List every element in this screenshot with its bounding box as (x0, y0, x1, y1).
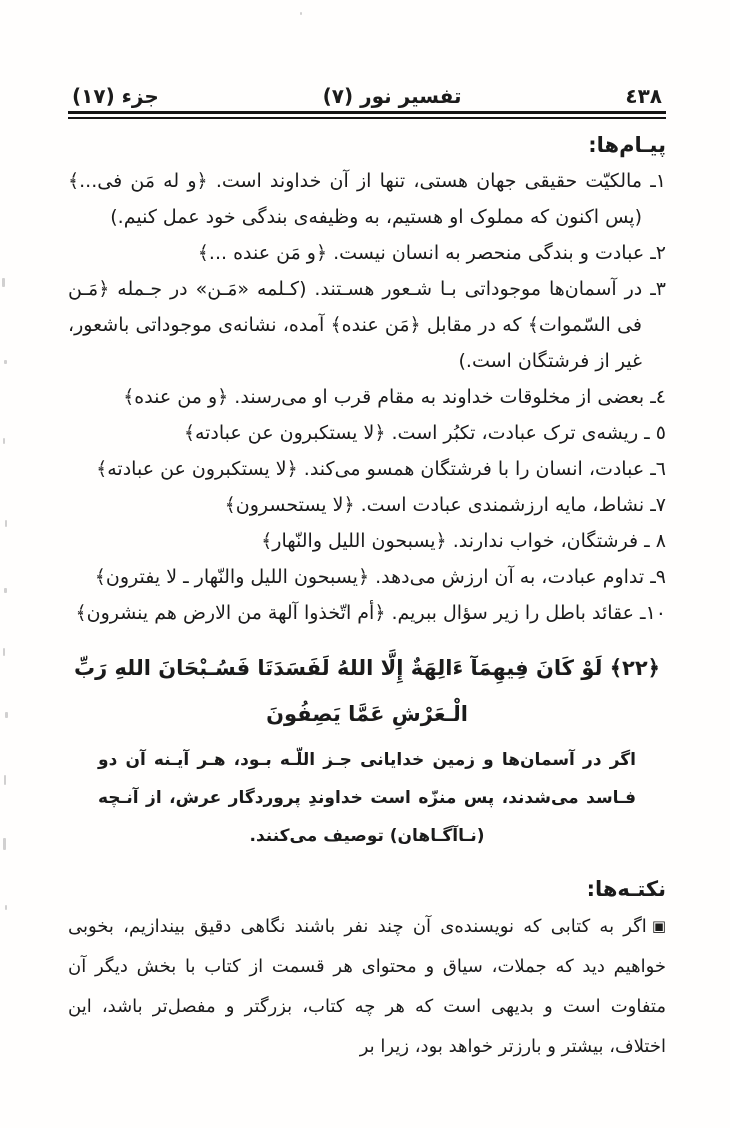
quran-verse: ﴿٢٢﴾ لَوْ کَانَ فِیهِمَآ ءَالِهَةٌ إِلَّ… (74, 645, 660, 737)
scan-speck (5, 520, 7, 527)
message-item: ٢ـ عبادت و بندگی منحصر به انسان نیست. ﴿و… (68, 235, 666, 271)
scan-speck (3, 438, 5, 444)
scan-speck (5, 905, 7, 910)
verse-translation: اگر در آسمان‌ها و زمین خدایانی جـز اللّـ… (98, 741, 636, 855)
message-item: ٤ـ بعضی از مخلوقات خداوند به مقام قرب او… (68, 379, 666, 415)
header-double-rule (68, 111, 666, 119)
notes-heading: نکتـه‌ها: (68, 877, 666, 901)
scan-speck (4, 360, 7, 364)
scanned-book-page: ٤٣٨ تفسیر نور (٧) جزء (١٧) پیـام‌ها: ١ـ … (0, 0, 730, 1128)
message-item: ٧ـ نشاط، مایه ارزشمندی عبادت است. ﴿لا یس… (68, 487, 666, 523)
scan-speck (3, 838, 6, 850)
header-book-title: تفسیر نور (٧) (323, 84, 462, 108)
note-item: ▣اگر به کتابی که نویسنده‌ی آن چند نفر با… (68, 907, 666, 1067)
scan-speck (4, 588, 7, 593)
message-item: ٥ ـ ریشه‌ی ترک عبادت، تکبُر است. ﴿لا یست… (68, 415, 666, 451)
scan-speck (2, 278, 5, 287)
page-header: ٤٣٨ تفسیر نور (٧) جزء (١٧) (68, 84, 666, 108)
message-item: ١ـ مالکیّت حقیقی جهان هستی، تنها از آن خ… (68, 163, 666, 235)
message-item: ١٠ـ عقائد باطل را زیر سؤال ببریم. ﴿أم ات… (68, 595, 666, 631)
message-item: ٨ ـ فرشتگان، خواب ندارند. ﴿یسبحون اللیل … (68, 523, 666, 559)
header-juz-label: جزء (١٧) (72, 84, 159, 108)
scan-speck (5, 712, 8, 718)
scan-speck (300, 12, 302, 15)
message-item: ٩ـ تداوم عبادت، به آن ارزش می‌دهد. ﴿یسبح… (68, 559, 666, 595)
note-bullet-icon: ▣ (652, 917, 666, 935)
scan-speck (3, 648, 5, 656)
message-item: ٣ـ در آسمان‌ها موجوداتی بـا شـعور هسـتند… (68, 271, 666, 379)
scan-speck (4, 775, 6, 785)
note-text: اگر به کتابی که نویسنده‌ی آن چند نفر باش… (68, 916, 666, 1057)
messages-list: ١ـ مالکیّت حقیقی جهان هستی، تنها از آن خ… (68, 163, 666, 631)
header-page-number: ٤٣٨ (625, 84, 662, 108)
message-item: ٦ـ عبادت، انسان را با فرشتگان همسو می‌کن… (68, 451, 666, 487)
messages-heading: پیـام‌ها: (68, 133, 666, 157)
